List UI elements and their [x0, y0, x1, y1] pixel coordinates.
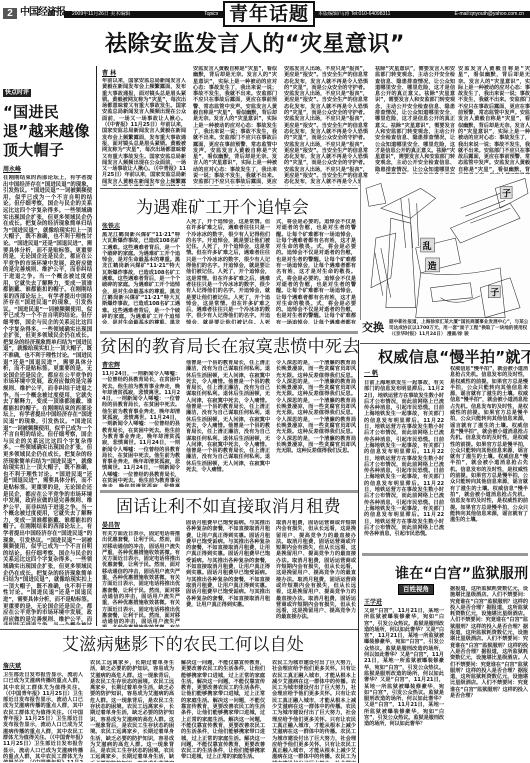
article2-column-2: 人死了，开个追悼会，这是常情。但在许多矿难之后，遇难者往往只是一个冷冰冰的数字，… — [186, 219, 270, 324]
hatch-decoration: ///// — [48, 10, 54, 18]
column-rule — [358, 340, 359, 763]
article5-column-3: 取消月租费，固话运营商或许短期内会有损失，但从长远看，这是挽留用户、提高竞争力的… — [276, 520, 356, 627]
section-divider — [362, 553, 528, 556]
section-divider — [100, 490, 358, 493]
svg-text:子: 子 — [490, 288, 499, 299]
article7-column-4: 农民工为城市建设付出了巨大努力，社会理应给予他们更多关怀。只有让农民工真正融入城… — [272, 660, 356, 762]
lead-headline: 祛除安监发言人的“灾星意识” — [105, 31, 435, 59]
lead-column-3: 安监发言人出场，不应只是“报丧”，更应是“报安”。当安全生产的信息常态化发布，发… — [284, 66, 368, 186]
section-title: 青年话题 — [223, 1, 315, 27]
svg-text:造: 造 — [428, 260, 437, 272]
article2-byline: 张铁志 — [102, 223, 120, 231]
cartoon-title: 交换 — [362, 321, 384, 334]
issue-date: 2009年11月26日 美术编辑 — [72, 11, 130, 18]
article3-headline: 贫困的教育局长在寂寞悲愤中死去 — [100, 336, 360, 358]
article3-column-1: 11月24日，一则新闻令人唏嘘：一位曾经的县教育局长，在贫困中死去。他生前为教育… — [102, 371, 180, 487]
article3-column-2: 他曾是一个县的教育局长，任上清正廉洁，没有为自己谋取任何私利。退休后生活困顿，无… — [186, 360, 270, 487]
sidebar-headline: “国进民退”越来越像顶大帽子 — [3, 103, 91, 160]
section-divider — [0, 629, 358, 630]
article5-headline: 固话让利不如直接取消月租费 — [116, 496, 341, 518]
lead-column-2: 安监发言人黄毅自称是“灾星”，看似幽默，背后却是无奈。发言人的“灾星意识”，实际… — [193, 66, 277, 186]
svg-text:子: 子 — [502, 188, 511, 199]
lead-byline: 曹 林 — [102, 70, 116, 78]
article6-headline: 谁在“白宫”监狱服刑 — [395, 563, 528, 585]
article3-byline: 曹宏辉 — [102, 362, 120, 370]
svg-text:乱: 乱 — [423, 240, 432, 252]
article6-column-1: 又是“白宫”，11月21日，某地一所监狱被曝装修豪华，宛如“白宫”，引发公众热议… — [364, 608, 444, 758]
editorial-cartoon: 乱 造 子 子 — [360, 178, 530, 320]
sidebar-byline: 周永峰 — [3, 166, 21, 174]
sidebar-kicker: 快点时评 — [3, 89, 31, 97]
article6-byline: 王学进 — [364, 599, 382, 607]
article7-column-2: 农民工远离家乡，长期过着单身生活，缺乏必要的防护知识，容易成为艾滋病的高危人群。… — [90, 660, 174, 762]
article3-column-3: 令人深思的是，一个清廉的教育局长晚景凄凉，而一些贪腐官员却风光无限。这种反差值得… — [276, 360, 356, 487]
topics-label: Topics — [204, 11, 218, 18]
article7-column-3: 解决这一问题，不能仅靠宣传教育，更要改善农民工的生活条件，让他们能够携家带口进城… — [181, 660, 265, 762]
editor-line: 本版编辑/马涛 Tel:010-64098311 — [318, 11, 390, 18]
article4-column-1: 日前上海地铁发生一起事故，有关部门的信息发布明显滞后。11月22日，地铁运营方在… — [364, 380, 444, 546]
section-divider — [360, 343, 530, 344]
lead-column-1: 年前以来，国家安监总局新闻发言人黄毅在新闻发布会上频繁露面，发布重大事故通报，面… — [102, 78, 186, 186]
page-number: 2 — [3, 8, 17, 19]
article7-byline: 詹庆斌 — [3, 663, 21, 671]
masthead: 2 中国经济报 ///// 2009年11月26日 美术编辑 Topics 青年… — [0, 0, 530, 28]
lead-column-5: 安监发言人黄毅自称是“灾星”，看似幽默，背后却是无奈。发言人的“灾星意识”，实际… — [458, 66, 530, 174]
section-divider — [100, 331, 358, 334]
article2-headline: 为遇难矿工开个追悼会 — [136, 197, 309, 219]
article5-column-1: 有关方面近日表示，固定电话将推出优惠套餐，让利于民。然而，面对移动通信的冲击，固… — [102, 531, 180, 627]
article6-tag: 百姓视角 — [398, 584, 434, 595]
article4-byline: 一 帆 — [364, 370, 378, 378]
article4-headline: 权威信息“慢半拍”就不权威了 — [378, 346, 530, 368]
section-divider — [100, 188, 358, 189]
column-rule — [96, 66, 97, 626]
article7-column-1: 卫生部近日发布报告显示，流动人口已成为艾滋病传播的重点人群，其中农民工群体尤为值… — [3, 672, 83, 762]
editor-email: E-mail:qnyouth@yahoo.com.cn — [454, 11, 524, 18]
article2-column-3: 式，将会是必要的。追悼会不仅是对逝者的告慰，也是对生者的警醒。让每个矿难都有一场… — [276, 219, 356, 324]
paper-logo: 中国经济报 — [20, 6, 65, 20]
cartoon-caption: 据中新社报道，上海徐家汇某大厦“国民商厦事业发展中心”，与某公司达成协议以170… — [389, 320, 529, 338]
sidebar-body: 在刚刚结束的西部论坛上，有学者提出中国经济存在“国进民退”的现象，引发热议。“国… — [3, 175, 92, 625]
article4-column-2: 权威信息“慢半拍”，就会被小道消息抢占先机。信息发布的及时性，是权威性的前提。如… — [450, 366, 528, 546]
article5-byline: 晏昌智 — [102, 522, 120, 530]
article6-column-2: 据报道，这所监狱耗资数亿元，设施堪比星级酒店。人们不禁要问：究竟谁在“白宫”监狱… — [450, 586, 528, 758]
lead-column-4: 祛除“灾星意识”，需要发言人和安监部门转变观念，主动公开安全检查信息、隐患排查情… — [375, 66, 455, 174]
article2-column-1: 黑龙江鹤岗新兴煤矿“11·21”特大瓦斯爆炸事故，已造成108名矿工遇难。这些遇… — [102, 232, 180, 324]
article7-headline: 艾滋病魅影下的农民工何以自处 — [62, 634, 304, 656]
cartoon-illustration: 乱 造 子 子 — [361, 178, 530, 320]
article5-column-2: 固话月租费早已饱受诟病。与其推出各种复杂的套餐，不如直接取消月租费，让用户真正得… — [186, 520, 270, 627]
